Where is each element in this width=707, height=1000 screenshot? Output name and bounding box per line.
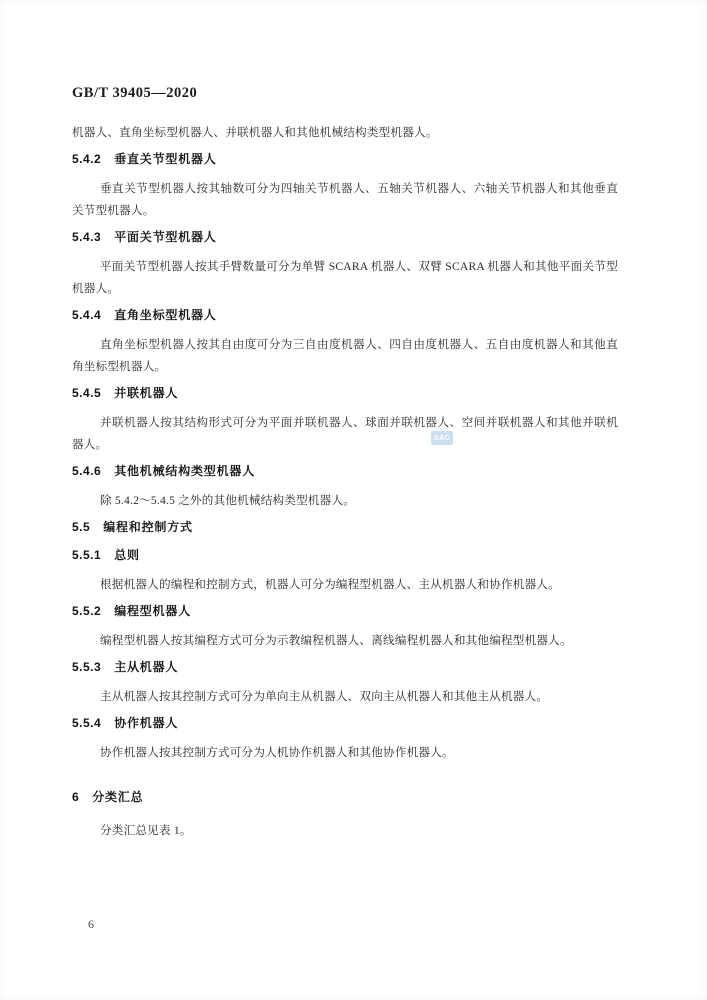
section-5-4-4: 5.4.4直角坐标型机器人 直角坐标型机器人按其自由度可分为三自由度机器人、四自… <box>72 306 618 378</box>
section-5-4-5: 5.4.5并联机器人 并联机器人按其结构形式可分为平面并联机器人、球面并联机器人… <box>72 384 618 456</box>
section-heading: 5.4.6其他机械结构类型机器人 <box>72 462 618 480</box>
section-title: 总则 <box>114 548 140 562</box>
section-paragraph: 并联机器人按其结构形式可分为平面并联机器人、球面并联机器人、空间并联机器人和其他… <box>72 412 618 456</box>
section-heading: 5.5编程和控制方式 <box>72 518 618 536</box>
section-title: 垂直关节型机器人 <box>114 152 216 166</box>
section-heading: 5.5.3主从机器人 <box>72 658 618 676</box>
section-title: 其他机械结构类型机器人 <box>114 464 255 478</box>
section-title: 主从机器人 <box>114 660 178 674</box>
section-5-4-3: 5.4.3平面关节型机器人 平面关节型机器人按其手臂数量可分为单臂 SCARA … <box>72 228 618 300</box>
section-5-5-2: 5.5.2编程型机器人 编程型机器人按其编程方式可分为示教编程机器人、离线编程机… <box>72 602 618 652</box>
section-paragraph: 直角坐标型机器人按其自由度可分为三自由度机器人、四自由度机器人、五自由度机器人和… <box>72 334 618 378</box>
section-number: 5.4.2 <box>72 150 101 168</box>
section-title: 平面关节型机器人 <box>114 230 216 244</box>
section-title: 编程和控制方式 <box>103 520 193 534</box>
section-title: 编程型机器人 <box>114 604 191 618</box>
section-paragraph: 编程型机器人按其编程方式可分为示教编程机器人、离线编程机器人和其他编程型机器人。 <box>72 630 618 652</box>
section-number: 6 <box>72 788 79 806</box>
section-paragraph: 除 5.4.2～5.4.5 之外的其他机械结构类型机器人。 <box>72 490 618 512</box>
section-heading: 5.4.5并联机器人 <box>72 384 618 402</box>
section-5-4-6: 5.4.6其他机械结构类型机器人 除 5.4.2～5.4.5 之外的其他机械结构… <box>72 462 618 512</box>
section-6: 6分类汇总 分类汇总见表 1。 <box>72 788 618 842</box>
document-page: GB/T 39405—2020 机器人、直角坐标型机器人、并联机器人和其他机械结… <box>0 0 707 1000</box>
section-title: 并联机器人 <box>114 386 178 400</box>
section-number: 5.4.4 <box>72 306 101 324</box>
section-heading: 5.5.2编程型机器人 <box>72 602 618 620</box>
section-paragraph: 根据机器人的编程和控制方式，机器人可分为编程型机器人、主从机器人和协作机器人。 <box>72 574 618 596</box>
section-paragraph: 平面关节型机器人按其手臂数量可分为单臂 SCARA 机器人、双臂 SCARA 机… <box>72 256 618 300</box>
section-5-5-4: 5.5.4协作机器人 协作机器人按其控制方式可分为人机协作机器人和其他协作机器人… <box>72 714 618 764</box>
section-5-5: 5.5编程和控制方式 <box>72 518 618 536</box>
section-5-5-1: 5.5.1总则 根据机器人的编程和控制方式，机器人可分为编程型机器人、主从机器人… <box>72 546 618 596</box>
standard-number-header: GB/T 39405—2020 <box>72 84 618 102</box>
sac-watermark: SAC <box>431 431 453 445</box>
section-number: 5.5.3 <box>72 658 101 676</box>
section-number: 5.4.6 <box>72 462 101 480</box>
section-paragraph: 主从机器人按其控制方式可分为单向主从机器人、双向主从机器人和其他主从机器人。 <box>72 686 618 708</box>
section-heading: 5.4.3平面关节型机器人 <box>72 228 618 246</box>
page-number: 6 <box>88 917 94 932</box>
section-5-4-2: 5.4.2垂直关节型机器人 垂直关节型机器人按其轴数可分为四轴关节机器人、五轴关… <box>72 150 618 222</box>
section-title: 直角坐标型机器人 <box>114 308 216 322</box>
section-title: 分类汇总 <box>92 790 143 804</box>
section-title: 协作机器人 <box>114 716 178 730</box>
section-5-5-3: 5.5.3主从机器人 主从机器人按其控制方式可分为单向主从机器人、双向主从机器人… <box>72 658 618 708</box>
section-number: 5.5.2 <box>72 602 101 620</box>
section-heading: 6分类汇总 <box>72 788 618 806</box>
section-heading: 5.5.4协作机器人 <box>72 714 618 732</box>
section-paragraph: 垂直关节型机器人按其轴数可分为四轴关节机器人、五轴关节机器人、六轴关节机器人和其… <box>72 178 618 222</box>
section-heading: 5.4.2垂直关节型机器人 <box>72 150 618 168</box>
section-number: 5.4.3 <box>72 228 101 246</box>
section-paragraph: 协作机器人按其控制方式可分为人机协作机器人和其他协作机器人。 <box>72 742 618 764</box>
section-paragraph: 分类汇总见表 1。 <box>72 820 618 842</box>
section-heading: 5.4.4直角坐标型机器人 <box>72 306 618 324</box>
section-number: 5.5.1 <box>72 546 101 564</box>
section-heading: 5.5.1总则 <box>72 546 618 564</box>
section-number: 5.4.5 <box>72 384 101 402</box>
continuation-paragraph: 机器人、直角坐标型机器人、并联机器人和其他机械结构类型机器人。 <box>72 122 618 144</box>
section-number: 5.5.4 <box>72 714 101 732</box>
section-number: 5.5 <box>72 518 90 536</box>
